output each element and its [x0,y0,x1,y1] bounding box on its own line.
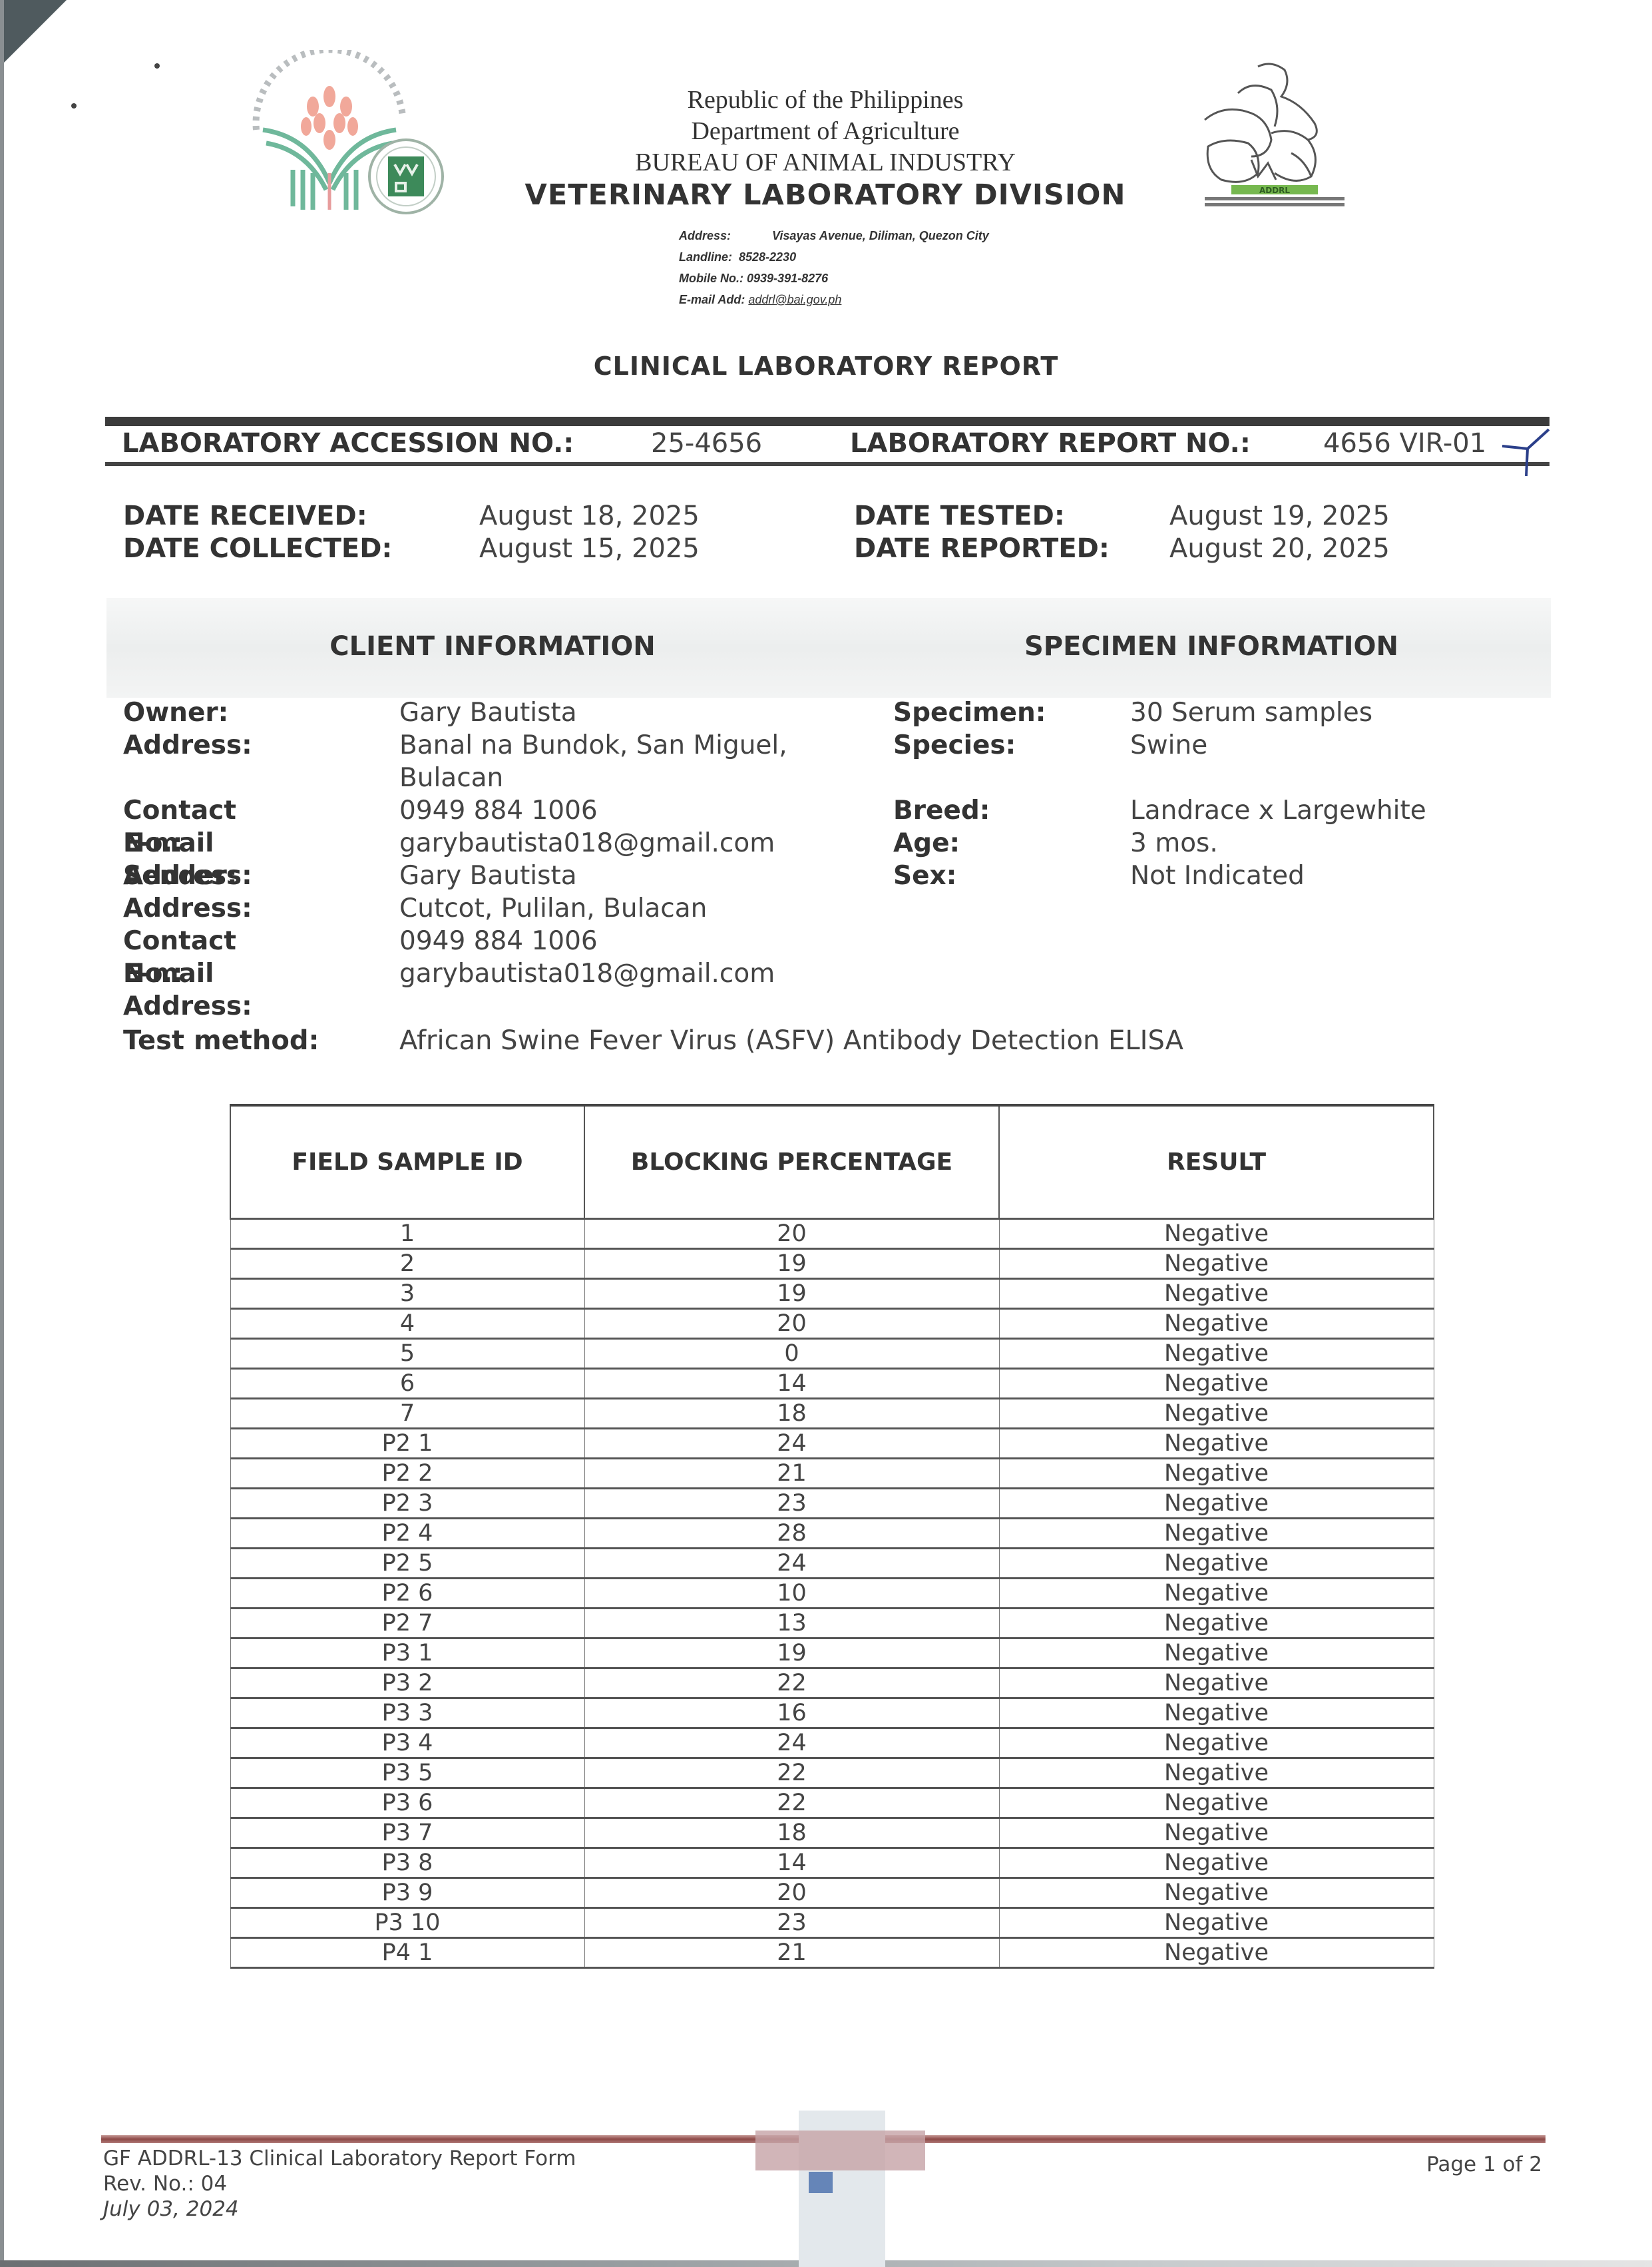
cell-result: Negative [999,1908,1434,1938]
info-value: Banal na Bundok, San Miguel, [399,729,787,762]
info-label: Species: [893,729,1016,762]
cell-field-sample-id: 2 [230,1249,584,1279]
cell-field-sample-id: P3 2 [230,1668,584,1698]
cell-result: Negative [999,1638,1434,1668]
cell-blocking-percentage: 24 [584,1429,999,1459]
cell-blocking-percentage: 23 [584,1908,999,1938]
info-label: Age: [893,827,960,860]
info-value: Cutcot, Pulilan, Bulacan [399,892,707,925]
table-row: 420Negative [230,1309,1434,1339]
date-tested-label: DATE TESTED: [854,501,1065,531]
scan-corner-artifact [0,0,67,67]
table-row: 120Negative [230,1219,1434,1249]
cell-blocking-percentage: 20 [584,1309,999,1339]
footer-rev-no: Rev. No.: 04 [103,2172,227,2196]
cell-result: Negative [999,1579,1434,1609]
cell-field-sample-id: P2 3 [230,1489,584,1519]
header-department: Department of Agriculture [493,117,1158,146]
info-label: Address: [123,892,252,925]
cell-result: Negative [999,1848,1434,1878]
cell-field-sample-id: P2 5 [230,1549,584,1579]
cell-result: Negative [999,1429,1434,1459]
info-value: garybautista018@gmail.com [399,957,775,990]
contact-label: Address: [679,229,772,243]
cell-field-sample-id: P3 6 [230,1788,584,1818]
cell-result: Negative [999,1818,1434,1848]
table-row: 319Negative [230,1279,1434,1309]
cell-field-sample-id: P3 4 [230,1728,584,1758]
date-received-value: August 18, 2025 [479,501,700,531]
table-row: P2 323Negative [230,1489,1434,1519]
date-reported-value: August 20, 2025 [1169,533,1390,564]
date-reported-label: DATE REPORTED: [854,533,1110,564]
table-row: 614Negative [230,1369,1434,1399]
cell-blocking-percentage: 21 [584,1938,999,1968]
cell-result: Negative [999,1399,1434,1429]
scan-edge-artifact [0,0,4,2267]
info-label: Breed: [893,794,990,827]
cell-field-sample-id: P2 4 [230,1519,584,1549]
cell-result: Negative [999,1788,1434,1818]
cell-blocking-percentage: 19 [584,1638,999,1668]
cell-result: Negative [999,1668,1434,1698]
checkmark-icon [1501,426,1554,479]
accession-value: 25-4656 [651,428,762,459]
table-row: 50Negative [230,1339,1434,1369]
table-row: P3 718Negative [230,1818,1434,1848]
cell-result: Negative [999,1309,1434,1339]
cell-result: Negative [999,1938,1434,1968]
info-label: Sex: [893,860,956,892]
column-header-blocking-percentage: BLOCKING PERCENTAGE [584,1105,999,1219]
cell-field-sample-id: 3 [230,1279,584,1309]
table-row: P2 610Negative [230,1579,1434,1609]
cell-field-sample-id: P3 10 [230,1908,584,1938]
cell-field-sample-id: P2 1 [230,1429,584,1459]
cell-field-sample-id: P3 5 [230,1758,584,1788]
cell-result: Negative [999,1758,1434,1788]
cell-field-sample-id: 7 [230,1399,584,1429]
cell-result: Negative [999,1728,1434,1758]
date-tested-value: August 19, 2025 [1169,501,1390,531]
specimen-info-title: SPECIMEN INFORMATION [945,631,1478,662]
svg-text:ADDRL: ADDRL [1259,186,1290,195]
cell-blocking-percentage: 22 [584,1788,999,1818]
table-row: P2 428Negative [230,1519,1434,1549]
info-value: 0949 884 1006 [399,794,598,827]
accession-label: LABORATORY ACCESSION NO.: [122,428,574,459]
cell-blocking-percentage: 23 [584,1489,999,1519]
cell-blocking-percentage: 16 [584,1698,999,1728]
cell-result: Negative [999,1878,1434,1908]
divider-bottom [105,462,1549,466]
cell-field-sample-id: P3 7 [230,1818,584,1848]
contact-label: Mobile No.: [679,272,743,285]
cell-result: Negative [999,1459,1434,1489]
cell-blocking-percentage: 14 [584,1369,999,1399]
scan-speck [154,63,160,69]
info-value: Gary Bautista [399,860,577,892]
info-value: garybautista018@gmail.com [399,827,775,860]
table-row: P3 1023Negative [230,1908,1434,1938]
addrl-logo: ADDRL [1191,53,1358,213]
date-collected-value: August 15, 2025 [479,533,700,564]
cell-result: Negative [999,1698,1434,1728]
contact-value: 0939-391-8276 [747,272,828,285]
header-contact-mobile: Mobile No.: 0939-391-8276 [679,272,828,286]
client-info-title: CLIENT INFORMATION [226,631,759,662]
cell-field-sample-id: 1 [230,1219,584,1249]
cell-result: Negative [999,1219,1434,1249]
info-label: Specimen: [893,696,1046,729]
cell-blocking-percentage: 0 [584,1339,999,1369]
table-row: P2 524Negative [230,1549,1434,1579]
cell-blocking-percentage: 20 [584,1219,999,1249]
info-label: Owner: [123,696,228,729]
cell-field-sample-id: P3 8 [230,1848,584,1878]
cell-field-sample-id: P4 1 [230,1938,584,1968]
table-row: P3 814Negative [230,1848,1434,1878]
contact-label: Landline: [679,250,739,264]
department-of-agriculture-logo [236,50,449,216]
column-header-field-sample-id: FIELD SAMPLE ID [230,1105,584,1219]
footer-date: July 03, 2024 [103,2197,239,2221]
cell-result: Negative [999,1489,1434,1519]
table-header-row: FIELD SAMPLE ID BLOCKING PERCENTAGE RESU… [230,1105,1434,1219]
header-contact-address: Address:Visayas Avenue, Diliman, Quezon … [679,229,989,243]
redacted-area [755,2131,925,2170]
cell-blocking-percentage: 22 [584,1758,999,1788]
cell-field-sample-id: P3 1 [230,1638,584,1668]
cell-blocking-percentage: 13 [584,1609,999,1638]
cell-field-sample-id: 6 [230,1369,584,1399]
table-row: 219Negative [230,1249,1434,1279]
table-row: P2 713Negative [230,1609,1434,1638]
divider-top [105,417,1549,426]
cell-blocking-percentage: 22 [584,1668,999,1698]
header-contact-email: E-mail Add: addrl@bai.gov.ph [679,293,841,307]
cell-blocking-percentage: 18 [584,1399,999,1429]
info-value: 3 mos. [1130,827,1218,860]
date-collected-label: DATE COLLECTED: [123,533,392,564]
test-method-label: Test method: [123,1025,319,1056]
cell-field-sample-id: P3 3 [230,1698,584,1728]
page-number: Page 1 of 2 [1426,2152,1542,2176]
info-value: 30 Serum samples [1130,696,1372,729]
info-value: Bulacan [399,762,503,794]
cell-blocking-percentage: 10 [584,1579,999,1609]
cell-blocking-percentage: 20 [584,1878,999,1908]
cell-result: Negative [999,1609,1434,1638]
cell-blocking-percentage: 28 [584,1519,999,1549]
cell-blocking-percentage: 19 [584,1279,999,1309]
cell-blocking-percentage: 21 [584,1459,999,1489]
results-table: FIELD SAMPLE ID BLOCKING PERCENTAGE RESU… [230,1104,1434,1969]
cell-blocking-percentage: 18 [584,1818,999,1848]
table-row: P3 522Negative [230,1758,1434,1788]
report-no-value: 4656 VIR-01 [1323,428,1486,459]
info-value: Landrace x Largewhite [1130,794,1426,827]
cell-field-sample-id: P2 7 [230,1609,584,1638]
report-no-label: LABORATORY REPORT NO.: [850,428,1251,459]
cell-blocking-percentage: 14 [584,1848,999,1878]
cell-field-sample-id: P3 9 [230,1878,584,1908]
info-value: Swine [1130,729,1207,762]
table-row: P3 119Negative [230,1638,1434,1668]
table-row: P3 920Negative [230,1878,1434,1908]
table-row: 718Negative [230,1399,1434,1429]
info-label: Address: [123,729,252,762]
info-label: Sender: [123,860,238,892]
contact-value: Visayas Avenue, Diliman, Quezon City [772,229,989,242]
cell-blocking-percentage: 24 [584,1728,999,1758]
cell-field-sample-id: 5 [230,1339,584,1369]
header-republic: Republic of the Philippines [493,85,1158,115]
header-division: VETERINARY LABORATORY DIVISION [459,178,1191,212]
table-row: P2 221Negative [230,1459,1434,1489]
info-value: Not Indicated [1130,860,1305,892]
info-value: 0949 884 1006 [399,925,598,957]
table-row: P3 222Negative [230,1668,1434,1698]
cell-field-sample-id: P2 2 [230,1459,584,1489]
table-row: P3 424Negative [230,1728,1434,1758]
table-row: P3 316Negative [230,1698,1434,1728]
test-method-value: African Swine Fever Virus (ASFV) Antibod… [399,1025,1183,1056]
cell-blocking-percentage: 19 [584,1249,999,1279]
cell-field-sample-id: P2 6 [230,1579,584,1609]
footer-form-name: GF ADDRL-13 Clinical Laboratory Report F… [103,2146,576,2170]
table-row: P3 622Negative [230,1788,1434,1818]
contact-label: E-mail Add: [679,293,745,306]
scan-speck [71,103,77,109]
cell-blocking-percentage: 24 [584,1549,999,1579]
contact-value: 8528-2230 [739,250,796,264]
cell-result: Negative [999,1369,1434,1399]
cell-result: Negative [999,1519,1434,1549]
redacted-area [809,2172,833,2193]
date-received-label: DATE RECEIVED: [123,501,367,531]
header-contact-landline: Landline:8528-2230 [679,250,796,264]
cell-result: Negative [999,1279,1434,1309]
column-header-result: RESULT [999,1105,1434,1219]
table-row: P4 121Negative [230,1938,1434,1968]
report-title: CLINICAL LABORATORY REPORT [0,352,1652,381]
contact-email-link[interactable]: addrl@bai.gov.ph [748,293,841,306]
info-value: Gary Bautista [399,696,577,729]
cell-result: Negative [999,1549,1434,1579]
table-row: P2 124Negative [230,1429,1434,1459]
cell-field-sample-id: 4 [230,1309,584,1339]
header-bureau: BUREAU OF ANIMAL INDUSTRY [493,148,1158,177]
info-label: E-mail Address: [123,957,252,1023]
cell-result: Negative [999,1339,1434,1369]
cell-result: Negative [999,1249,1434,1279]
